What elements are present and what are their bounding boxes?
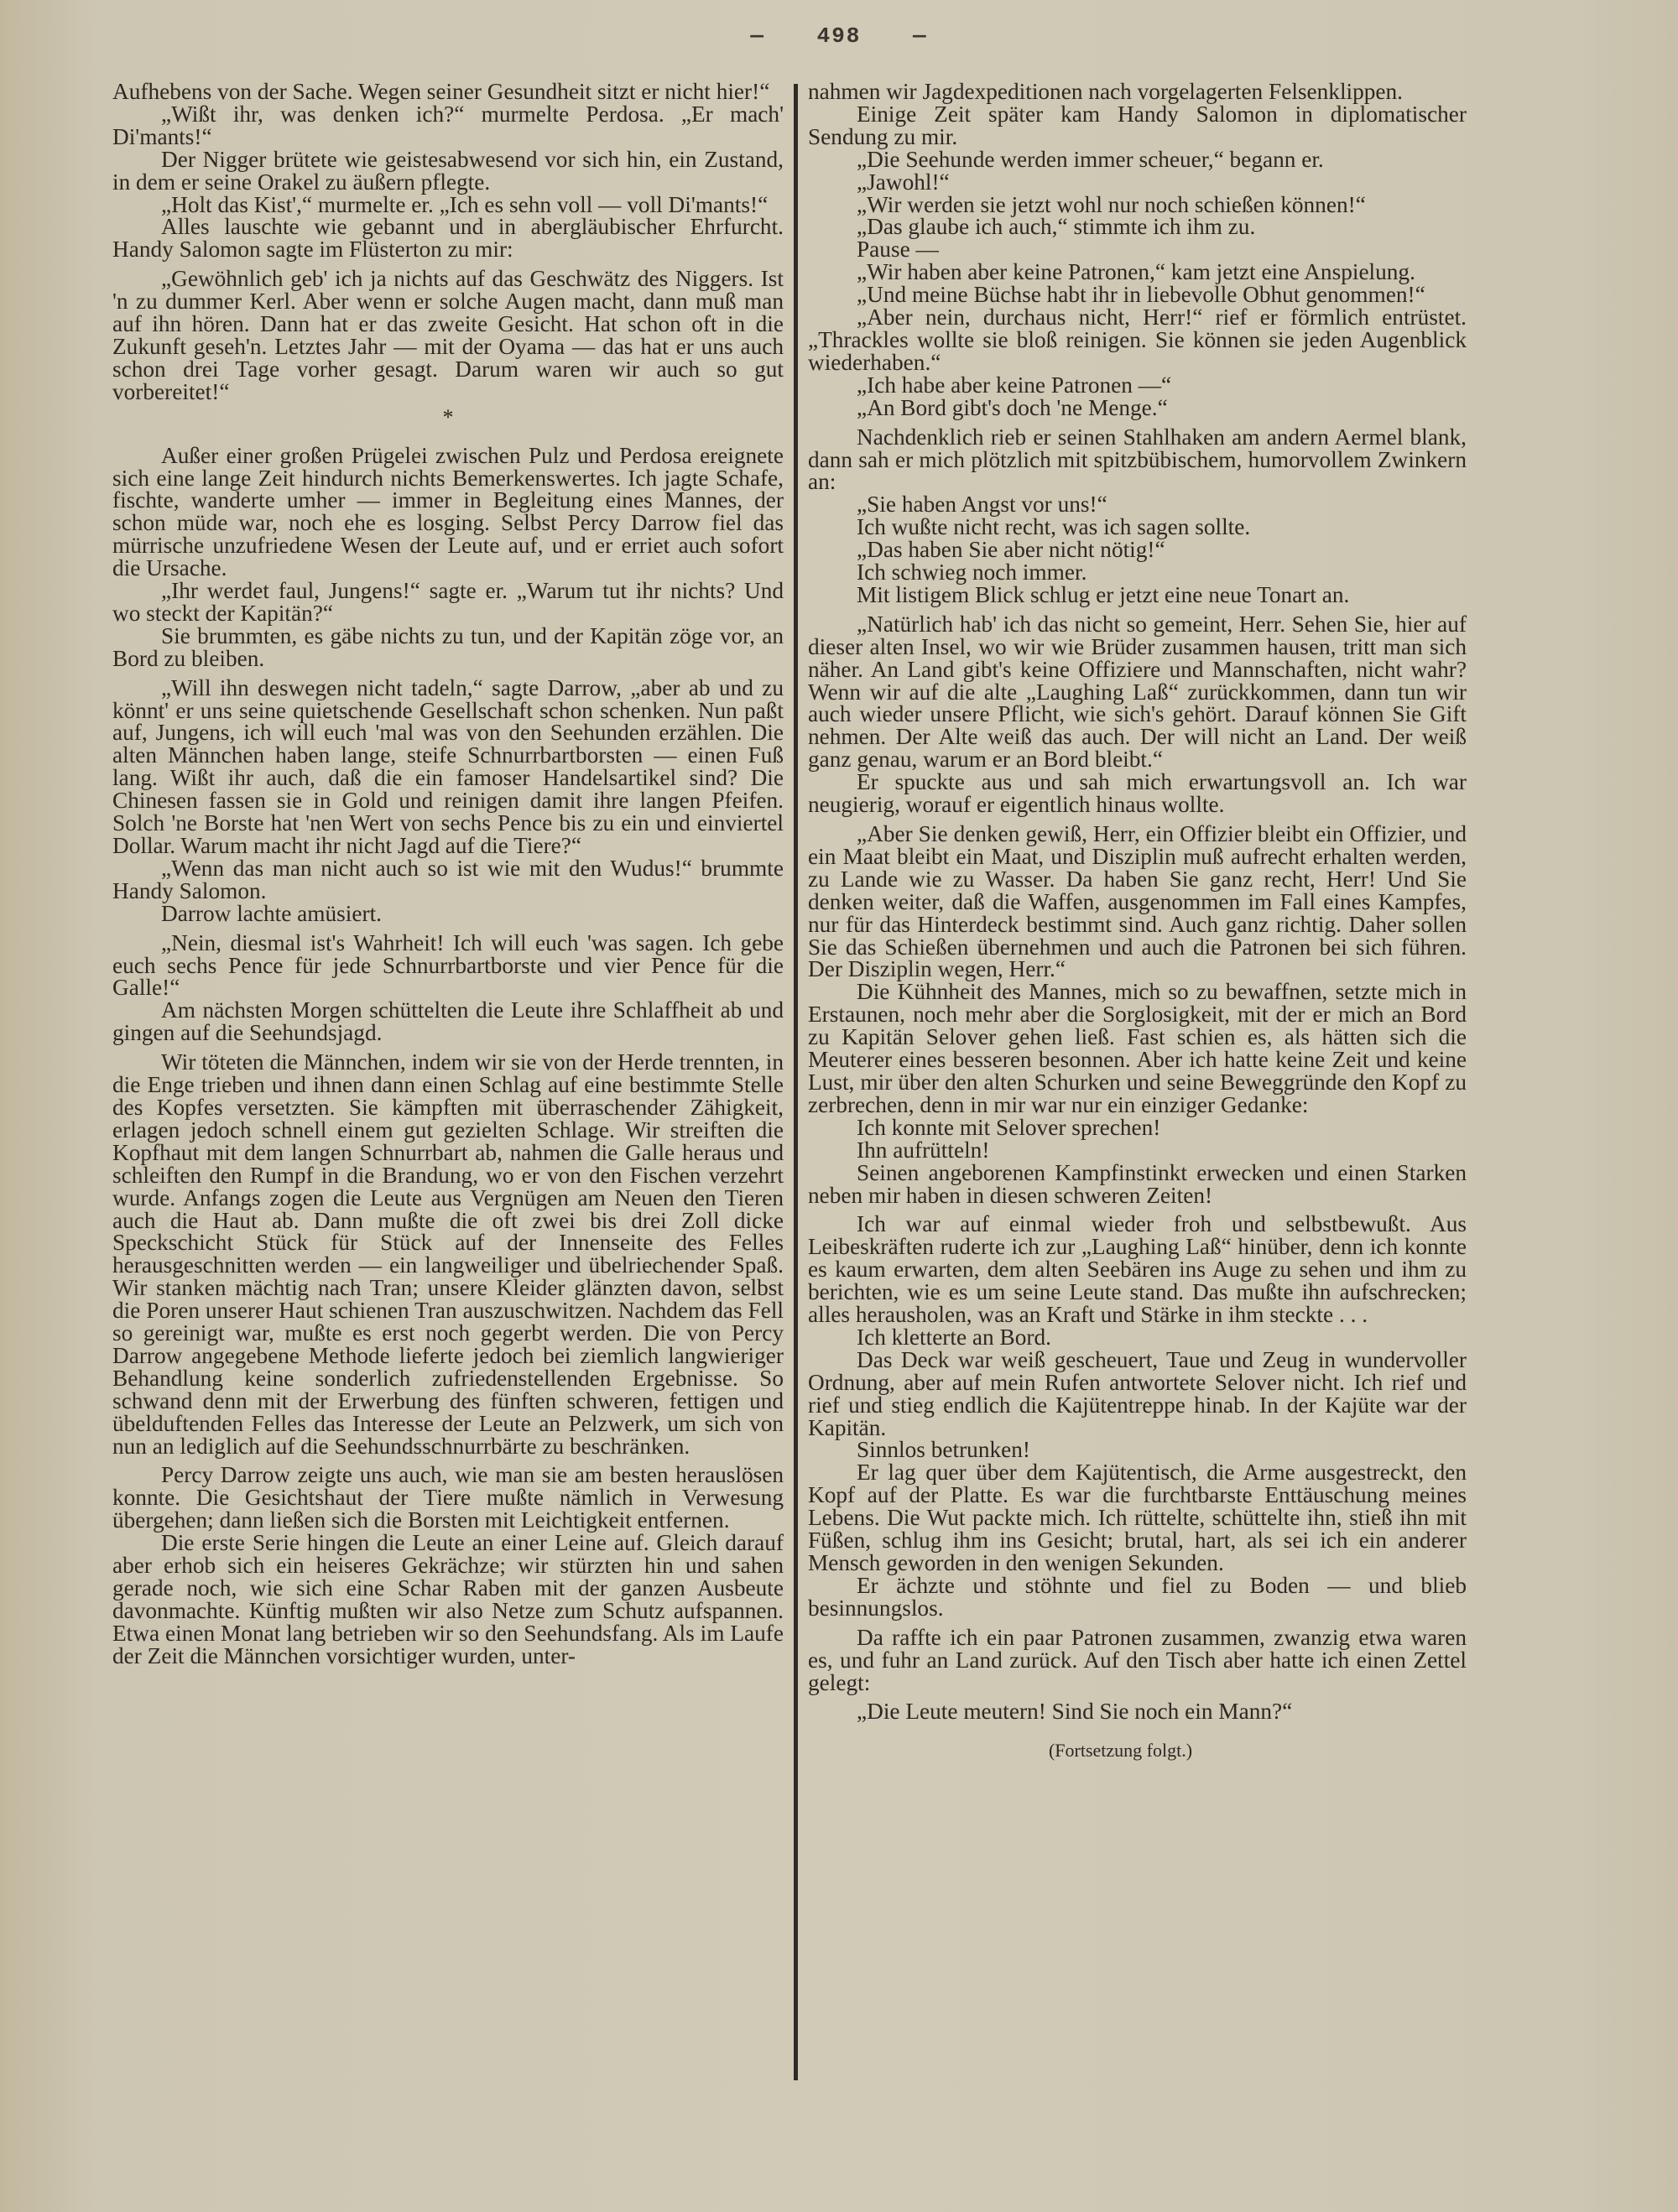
closing-quote: „Die Leute meutern! Sind Sie noch ein Ma…: [808, 1700, 1467, 1723]
paragraph: Er lag quer über dem Kajütentisch, die A…: [808, 1461, 1467, 1574]
paragraph: Die erste Serie hingen die Leute an eine…: [112, 1532, 784, 1667]
column-divider-rule: [794, 84, 798, 2080]
paragraph: Nachdenklich rieb er seinen Stahlhaken a…: [808, 426, 1467, 494]
paragraph: „Das glaube ich auch,“ stimmte ich ihm z…: [808, 216, 1467, 238]
paragraph: Ich kletterte an Bord.: [808, 1326, 1467, 1349]
paragraph: „An Bord gibt's doch 'ne Menge.“: [808, 397, 1467, 419]
paragraph: Seinen angeborenen Kampfinstinkt erwecke…: [808, 1162, 1467, 1207]
header-dash-left: —: [750, 23, 765, 49]
paragraph: „Will ihn deswegen nicht tadeln,“ sagte …: [112, 677, 784, 857]
paragraph: Er ächzte und stöhnte und fiel zu Boden …: [808, 1574, 1467, 1620]
paragraph: „Aber nein, durchaus nicht, Herr!“ rief …: [808, 306, 1467, 374]
paragraph: „Ihr werdet faul, Jungens!“ sagte er. „W…: [112, 580, 784, 625]
paragraph: „Und meine Büchse habt ihr in liebevolle…: [808, 284, 1467, 306]
continuation-note: (Fortsetzung folgt.): [808, 1740, 1467, 1762]
paragraph: Er spuckte aus und sah mich erwartungsvo…: [808, 771, 1467, 816]
paragraph: Sie brummten, es gäbe nichts zu tun, und…: [112, 625, 784, 670]
paragraph: Außer einer großen Prügelei zwischen Pul…: [112, 445, 784, 580]
paragraph: Das Deck war weiß gescheuert, Taue und Z…: [808, 1349, 1467, 1439]
header-dash-right: —: [913, 23, 928, 49]
paragraph: „Natürlich hab' ich das nicht so gemeint…: [808, 613, 1467, 771]
paragraph: „Wenn das man nicht auch so ist wie mit …: [112, 857, 784, 903]
right-column: nahmen wir Jagdexpeditionen nach vorgela…: [808, 81, 1467, 1762]
paragraph: „Nein, diesmal ist's Wahrheit! Ich will …: [112, 932, 784, 1000]
paragraph: Pause —: [808, 238, 1467, 261]
paragraph: Die Kühnheit des Mannes, mich so zu bewa…: [808, 981, 1467, 1116]
paragraph: „Sie haben Angst vor uns!“: [808, 493, 1467, 516]
paragraph: Da raffte ich ein paar Patronen zusammen…: [808, 1626, 1467, 1694]
paragraph: Darrow lachte amüsiert.: [112, 903, 784, 925]
paragraph: Percy Darrow zeigte uns auch, wie man si…: [112, 1464, 784, 1532]
paragraph: Ihn aufrütteln!: [808, 1139, 1467, 1162]
paragraph: Ich war auf einmal wieder froh und selbs…: [808, 1213, 1467, 1326]
paragraph: Ich konnte mit Selover sprechen!: [808, 1116, 1467, 1139]
paragraph: „Holt das Kist',“ murmelte er. „Ich es s…: [112, 194, 784, 216]
page-number-header: — 498 —: [0, 23, 1678, 49]
paragraph: „Jawohl!“: [808, 171, 1467, 194]
paragraph: „Wir haben aber keine Patronen,“ kam jet…: [808, 261, 1467, 284]
paragraph: „Das haben Sie aber nicht nötig!“: [808, 539, 1467, 561]
paragraph: „Gewöhnlich geb' ich ja nichts auf das G…: [112, 268, 784, 403]
paragraph: „Ich habe aber keine Patronen —“: [808, 374, 1467, 397]
paragraph: Ich wußte nicht recht, was ich sagen sol…: [808, 516, 1467, 539]
left-column: Aufhebens von der Sache. Wegen seiner Ge…: [112, 81, 784, 1668]
paragraph: Einige Zeit später kam Handy Salomon in …: [808, 103, 1467, 148]
paragraph: nahmen wir Jagdexpeditionen nach vorgela…: [808, 81, 1467, 103]
page-number: 498: [817, 23, 862, 49]
paragraph: Am nächsten Morgen schüttelten die Leute…: [112, 999, 784, 1044]
paragraph: Ich schwieg noch immer.: [808, 561, 1467, 584]
paragraph: Sinnlos betrunken!: [808, 1439, 1467, 1461]
paragraph: Wir töteten die Männchen, indem wir sie …: [112, 1051, 784, 1457]
paragraph: Alles lauschte wie gebannt und in abergl…: [112, 216, 784, 261]
paragraph: Aufhebens von der Sache. Wegen seiner Ge…: [112, 81, 784, 103]
paragraph: „Aber Sie denken gewiß, Herr, ein Offizi…: [808, 823, 1467, 981]
section-break-asterisk: *: [112, 407, 784, 429]
paragraph: Der Nigger brütete wie geistesabwesend v…: [112, 148, 784, 194]
paragraph: „Die Seehunde werden immer scheuer,“ beg…: [808, 148, 1467, 171]
paragraph: Mit listigem Blick schlug er jetzt eine …: [808, 584, 1467, 606]
paragraph: „Wir werden sie jetzt wohl nur noch schi…: [808, 194, 1467, 216]
paragraph: „Wißt ihr, was denken ich?“ murmelte Per…: [112, 103, 784, 148]
